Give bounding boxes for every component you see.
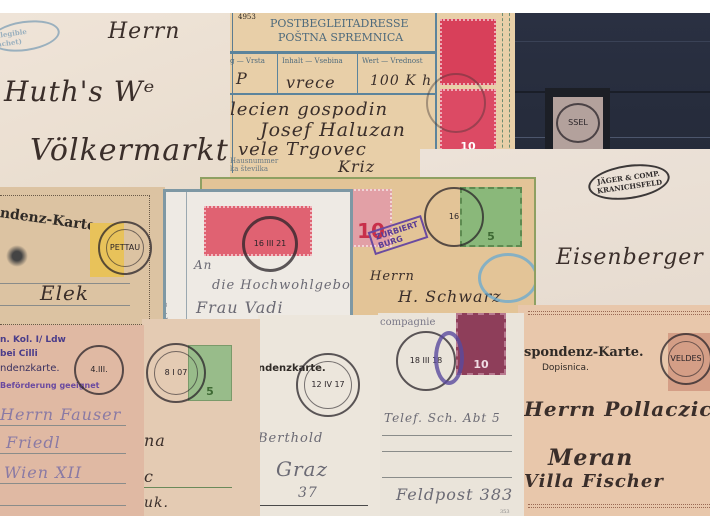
value-kind: P	[236, 69, 248, 88]
postal-collage-photo: SSEL (illegible cachet) Herrn Huth's Wᵉ …	[0, 13, 710, 516]
lilac-imperforate-stamp: SSEL	[553, 97, 603, 149]
postcard-vadi: Seidenberk 16 III 21 An die Hochwohlgebo…	[163, 189, 353, 323]
pettau-postmark: PETTAU	[98, 221, 152, 275]
parcel-postmark	[426, 73, 486, 133]
card-feldpost: compagnie 10 18 III 18 Telef. Sch. Abt 5…	[378, 313, 524, 516]
card-veldes: spondenz-Karte. Dopisnica. VELDES Herrn …	[518, 305, 710, 516]
address-line-2: Meran	[548, 445, 633, 471]
eagle-emblem	[6, 245, 28, 267]
address-line-2: Graz	[276, 457, 328, 481]
value-amount: 100 K h	[370, 73, 432, 89]
postmark-right: 16	[424, 187, 484, 247]
album-page: SSEL	[515, 13, 710, 153]
printed-line-1: n. Kol. I/ Ldw	[0, 335, 66, 345]
address-line: Eisenberger	[556, 245, 704, 270]
violet-crayon-mark	[434, 331, 464, 385]
address-line-1: Herrn	[108, 19, 180, 44]
address-line-1: Telef. Sch. Abt 5	[384, 411, 501, 425]
card-heading: spondenz-Karte.	[524, 345, 644, 360]
small-number: 353	[500, 509, 510, 515]
title-de: POSTBEGLEITADRESSE	[270, 17, 409, 30]
card-cilli: n. Kol. I/ Ldw bei Cilli ndenzkarte. Bef…	[0, 325, 144, 516]
footer-1: Hausnummer	[230, 157, 278, 165]
column-value: Wert — Vrednost	[362, 57, 423, 65]
address-line-3: Wien XII	[4, 463, 82, 482]
printed-line-2: bei Cilli	[0, 349, 38, 359]
address-line-3: Völkermarkt	[30, 133, 229, 168]
reifnig-postmark: 12 IV 17	[296, 353, 360, 417]
card-pettau: ndenz-Karte. PETTAU Elek	[0, 187, 165, 327]
title-sl: POŠTNA SPREMNICA	[278, 31, 403, 44]
address-line-2: Huth's Wᵉ	[4, 75, 155, 108]
veldes-postmark: VELDES	[660, 333, 710, 385]
postmark: SSEL	[556, 103, 600, 143]
printed-line-3: ndenzkarte.	[0, 363, 60, 374]
address-line-4: Kriz	[338, 157, 375, 176]
address-line-2: c	[144, 467, 154, 486]
address-line-1: lecien gospodin	[230, 99, 388, 120]
address-line-1: Berthold	[258, 431, 323, 446]
cilli-postmark: 4.III.	[74, 345, 124, 395]
oval-cachet: (illegible cachet)	[0, 16, 62, 55]
value-contents: vrece	[286, 73, 336, 92]
address-line-2: Feldpost 383	[396, 485, 513, 504]
address-line-3: uk.	[144, 495, 169, 511]
column-kind: g — Vrsta	[230, 57, 265, 65]
address-line: Elek	[40, 281, 89, 305]
blue-crayon-mark	[478, 253, 536, 303]
footer-2: ka številka	[230, 165, 268, 173]
ljubljana-postmark: 16 III 21	[242, 216, 298, 272]
pietraharbo-postmark: 8 I 07	[146, 343, 206, 403]
address-line-1: Herrn	[370, 269, 415, 284]
card-reifnig: ndenzkarte. 12 IV 17 Berthold Graz 37	[258, 315, 380, 516]
card-pietraharbo: 5 8 I 07 na c uk.	[142, 319, 260, 516]
address-line-1: Herrn Fauser	[0, 405, 121, 424]
address-line-2: Josef Haluzan	[260, 119, 406, 141]
cover-huth: (illegible cachet) Herrn Huth's Wᵉ Völke…	[0, 13, 240, 191]
address-line-3: Villa Fischer	[524, 471, 664, 492]
address-line-1: Herrn Pollaczic	[524, 397, 710, 421]
line-1: An	[194, 258, 212, 272]
oval-cachet: JÄGER & COMP. KRANICHSFELD	[586, 159, 672, 204]
card-header: compagnie	[380, 317, 435, 328]
column-contents: Inhalt — Vsebina	[282, 57, 343, 65]
address-line-3: 37	[298, 485, 318, 501]
card-subheading: Dopisnica.	[542, 363, 589, 373]
card-number: 4953	[238, 13, 256, 21]
address-line-1: na	[144, 431, 166, 450]
line-2: die Hochwohlgeborene	[212, 278, 353, 293]
address-line-2: Friedl	[6, 433, 61, 452]
claret-crown-stamp: 10	[456, 313, 506, 375]
